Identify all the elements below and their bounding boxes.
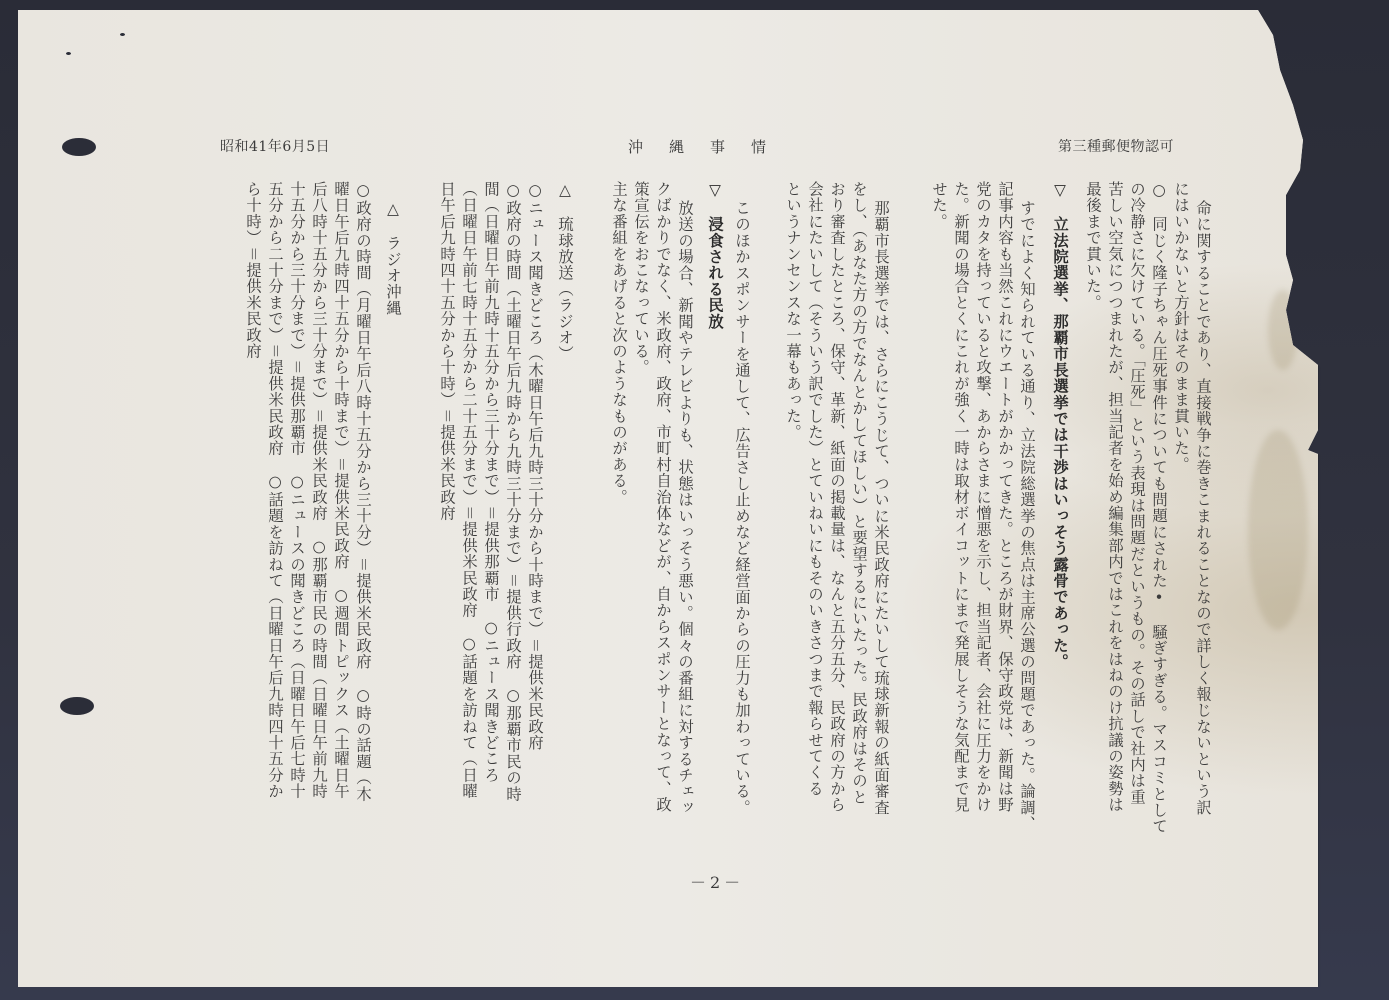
postal-permit-note: 第三種郵便物認可 bbox=[1058, 136, 1174, 156]
binder-hole-top bbox=[62, 138, 96, 156]
text-column: 曜日午后九時四十五分から十時まで）＝提供米民政府 ○週間トピックス（土曜日午 bbox=[331, 181, 351, 799]
text-column: ○ 同じく隆子ちゃん圧死事件についても問題にされた• 騒ぎすぎる。マスコミとして bbox=[1149, 181, 1169, 834]
text-column: 主な番組をあげると次のようなものがある。 bbox=[609, 181, 629, 505]
text-column: 間（日曜日午前九時十五分から三十分まで）＝提供那覇市 ○ニュース聞きどころ bbox=[481, 181, 501, 783]
text-column: （日曜日午前七時十五分から二十五分まで）＝提供米民政府 ○話題を訪ねて（日曜 bbox=[459, 181, 479, 799]
binder-hole-bottom bbox=[60, 697, 94, 715]
text-column: 策宣伝をおこなっている。 bbox=[631, 181, 651, 375]
paper-stain bbox=[1248, 430, 1308, 630]
text-column: クばかりでなく、米政府、政府、市町村自治体などが、自からスポンサーとなって、政 bbox=[653, 181, 673, 813]
publication-title: 沖縄事情 bbox=[628, 136, 792, 157]
text-column: せた。 bbox=[929, 181, 949, 230]
text-column: た。新聞の場合とくにこれが強く一時は取材ボイコットにまで発展しそうな気配まで見 bbox=[951, 181, 971, 813]
text-column: 会社にたいして（そういう訳でした）とていねいにもそのいきさつまで報らせてくる bbox=[805, 181, 825, 797]
text-column: △ 琉球放送（ラジオ） bbox=[555, 181, 575, 362]
section-heading: ▽ 浸食される民放 bbox=[705, 181, 725, 330]
text-column: 那覇市長選挙では、さらにこうじて、ついに米民政府にたいして琉球新報の紙面審査 bbox=[871, 200, 891, 816]
text-column: 命に関することであり、直接戦争に巻きこまれることなので詳しく報じないという訳 bbox=[1193, 200, 1213, 816]
staple-hole bbox=[66, 52, 71, 55]
text-column: 日午后九時四十五分から十時）＝提供米民政府 bbox=[437, 181, 457, 521]
text-column: にはいかないと方針はそのまま貫いた。 bbox=[1171, 181, 1191, 473]
section-heading: ▽ 立法院選挙、那覇市長選挙では干渉はいっそう露骨であった。 bbox=[1050, 181, 1070, 670]
text-column: ○ニュース聞きどころ（木曜日午后九時三十分から十時まで）＝提供米民政府 bbox=[525, 181, 545, 751]
page-number: －2－ bbox=[690, 870, 744, 893]
text-column: 五分から二十分まで）＝提供米民政府 ○話題を訪ねて（日曜日午后九時四十五分か bbox=[265, 181, 285, 799]
text-column: △ ラジオ沖縄 bbox=[383, 200, 403, 316]
text-column: おり審査したところ、保守、革新、紙面の掲載量は、なんと五分五分、民政府の方から bbox=[827, 181, 847, 813]
text-column: 党のカタを持っていると攻撃、あからさまに憎悪を示し、担当記者、会社に圧力をかけ bbox=[973, 181, 993, 813]
text-column: 苦しい空気につつまれたが、担当記者を始め編集部内ではこれをはねのけ抗議の姿勢は bbox=[1105, 181, 1125, 813]
text-column: 放送の場合、新聞やテレビよりも、状態はいっそう悪い。個々の番組に対するチェッ bbox=[675, 200, 695, 816]
text-column: 記事内容も当然これにウエートがかかってきた。ところが財界、保守政党は、新聞は野 bbox=[995, 181, 1015, 813]
text-column: というナンセンスな一幕もあった。 bbox=[783, 181, 803, 440]
text-column: ら十時）＝提供米民政府 bbox=[243, 181, 263, 359]
text-column: 后八時十五分から三十分まで）＝提供米民政府 ○那覇市民の時間（日曜日午前九時 bbox=[309, 181, 329, 799]
text-column: ○政府の時間（土曜日午后九時から九時三十分まで）＝提供行政府 ○那覇市民の時 bbox=[503, 181, 523, 802]
staple-hole bbox=[120, 33, 125, 36]
text-column: 最後まで貫いた。 bbox=[1083, 181, 1103, 311]
text-column: すでによく知られている通り、立法院総選挙の焦点は主席公選の問題であった。論調、 bbox=[1017, 200, 1037, 832]
text-column: の冷静さに欠けている。「圧死」という表現は問題だというもの。その話しで社内は重 bbox=[1127, 181, 1147, 805]
text-column: ○政府の時間（月曜日午后八時十五分から三十分）＝提供米民政府 ○時の話題（木 bbox=[353, 181, 373, 802]
text-column: をし、（あなた方の方でなんとかしてほしい）と要望するにいたった。民政府はそのと bbox=[849, 181, 869, 805]
text-column: このほかスポンサーを通して、広告さし止めなど経営面からの圧力も加わっている。 bbox=[732, 200, 752, 816]
issue-date: 昭和41年6月5日 bbox=[220, 136, 330, 156]
text-column: 十五分から三十分まで）＝提供那覇市 ○ニュースの聞きどころ（日曜日午后七時十 bbox=[287, 181, 307, 799]
